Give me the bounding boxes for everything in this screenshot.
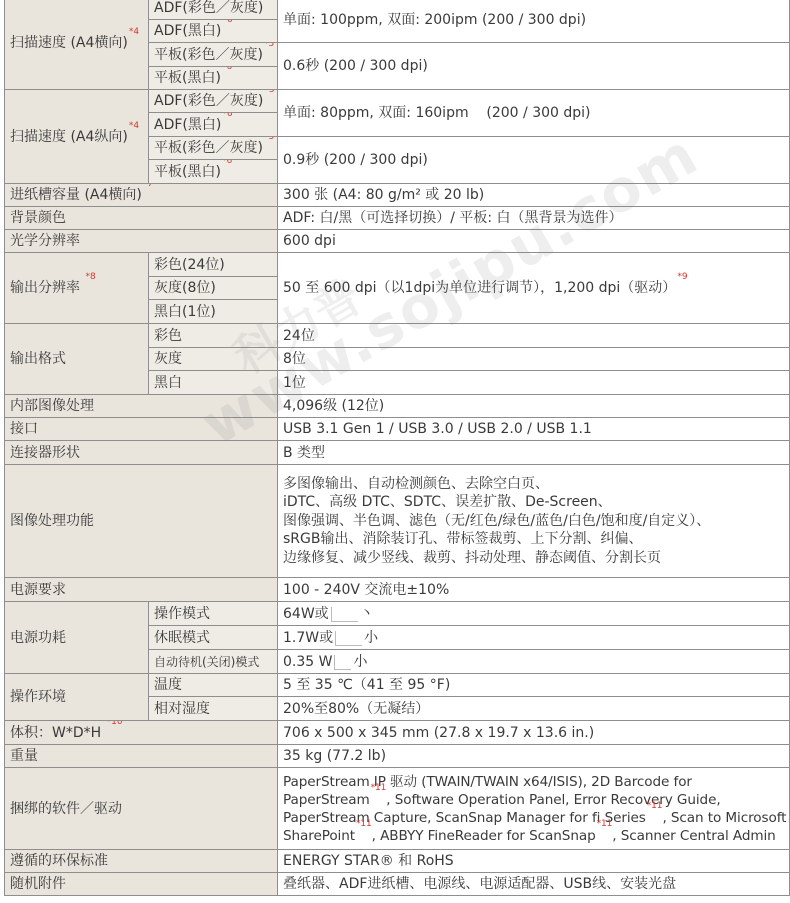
table-row: 扫描速度 (A4横向)*4 ADF(彩色／灰度)*5 单面: 100ppm, 双… (5, 0, 790, 20)
row-label-output-res: 输出分辨率 *8 (5, 253, 149, 324)
sub-label: 平板(彩色／灰度)*5 (149, 137, 278, 160)
sub-label: 温度 (149, 674, 278, 697)
value-cell: 0.9秒 (200 / 300 dpi) (278, 137, 790, 184)
value-cell: 8位 (278, 348, 790, 371)
table-row: 扫描速度 (A4纵向)*4 ADF(彩色／灰度)*5 单面: 80ppm, 双面… (5, 90, 790, 113)
value-cell: 24位 (278, 324, 790, 348)
sub-label: 相对湿度 (149, 697, 278, 721)
row-label-output-format: 输出格式 (5, 324, 149, 395)
row-label-environment: 操作环境 (5, 674, 149, 721)
value-cell: 多图像输出、自动检测颜色、去除空白页、 iDTC、高级 DTC、SDTC、误差扩… (278, 465, 790, 578)
text-line: 边缘修复、减少竖线、裁剪、抖动处理、静态阈值、分割长页 (283, 549, 789, 568)
table-row: 随机附件 叠纸器、ADF进纸槽、电源线、电源适配器、USB线、安装光盘 (5, 873, 790, 896)
value-cell: USB 3.1 Gen 1 / USB 3.0 / USB 2.0 / USB … (278, 418, 790, 441)
value-cell: 0.35 W小 (278, 650, 790, 674)
sub-label: 平板(彩色／灰度)*5 (149, 43, 278, 67)
table-row: 进纸槽容量 (A4横向)*7 300 张 (A4: 80 g/m² 或 20 l… (5, 184, 790, 207)
text-line: iDTC、高级 DTC、SDTC、误差扩散、De-Screen、 (283, 493, 789, 512)
sub-label: 平板(黑白)*6 (149, 67, 278, 90)
table-row: 输出格式 彩色 24位 (5, 324, 790, 348)
row-label-power-req: 电源要求 (5, 578, 278, 602)
row-label-power-consumption: 电源功耗 (5, 602, 149, 674)
sub-label: ADF(黑白)*6 (149, 113, 278, 137)
row-label-eco: 遵循的环保标准 (5, 850, 278, 873)
sub-label: ADF(彩色／灰度)*5 (149, 90, 278, 113)
sub-label: ADF(彩色／灰度)*5 (149, 0, 278, 20)
text-line: 图像强调、半色调、滤色（无/红色/绿色/蓝色/白色/饱和度/自定义）、 (283, 512, 789, 531)
value-cell: 1.7W或小 (278, 626, 790, 650)
table-row: 操作环境 温度 5 至 35 ℃（41 至 95 °F) (5, 674, 790, 697)
value-cell: 单面: 100ppm, 双面: 200ipm (200 / 300 dpi) (278, 0, 790, 43)
sub-label: ADF(黑白)*6 (149, 20, 278, 43)
value-cell: 5 至 35 ℃（41 至 95 °F) (278, 674, 790, 697)
obscured-text (331, 607, 358, 622)
sub-label: 自动待机(关闭)模式 (149, 650, 278, 674)
sub-label: 彩色 (149, 324, 278, 348)
value-cell: 1位 (278, 371, 790, 395)
sub-label: 平板(黑白)*6 (149, 160, 278, 184)
value-cell: 300 张 (A4: 80 g/m² 或 20 lb) (278, 184, 790, 207)
table-row: 图像处理功能 多图像输出、自动检测颜色、去除空白页、 iDTC、高级 DTC、S… (5, 465, 790, 578)
row-label-connector: 连接器形状 (5, 441, 278, 465)
value-cell: 100 - 240V 交流电±10% (278, 578, 790, 602)
table-row: 体积：W*D*H *10 706 x 500 x 345 mm (27.8 x … (5, 721, 790, 745)
value-cell: ENERGY STAR® 和 RoHS (278, 850, 790, 873)
sub-label: 休眠模式 (149, 626, 278, 650)
value-cell: 20%至80%（无凝结） (278, 697, 790, 721)
sub-label: 操作模式 (149, 602, 278, 626)
value-cell: PaperStream IP 驱动 (TWAIN/TWAIN x64/ISIS)… (278, 768, 790, 850)
table-row: 连接器形状 B 类型 (5, 441, 790, 465)
row-label-optical-res: 光学分辨率 (5, 230, 278, 253)
table-row: 内部图像处理 4,096级 (12位) (5, 395, 790, 418)
row-label-background: 背景颜色 (5, 207, 278, 230)
value-cell: 600 dpi (278, 230, 790, 253)
table-row: 遵循的环保标准 ENERGY STAR® 和 RoHS (5, 850, 790, 873)
text-line: 多图像输出、自动检测颜色、去除空白页、 (283, 475, 789, 494)
table-row: 背景颜色 ADF: 白/黑（可选择切换）/ 平板: 白（黑背景为选件） (5, 207, 790, 230)
obscured-text (334, 655, 351, 670)
sub-label: 彩色(24位) (149, 253, 278, 277)
table-row: 接口 USB 3.1 Gen 1 / USB 3.0 / USB 2.0 / U… (5, 418, 790, 441)
table-row: 重量 35 kg (77.2 lb) (5, 745, 790, 768)
row-label-feeder: 进纸槽容量 (A4横向)*7 (5, 184, 278, 207)
row-label-accessories: 随机附件 (5, 873, 278, 896)
value-cell: 706 x 500 x 345 mm (27.8 x 19.7 x 13.6 i… (278, 721, 790, 745)
row-label-scan-speed-landscape: 扫描速度 (A4横向)*4 (5, 0, 149, 90)
table-row: 电源功耗 操作模式 64W或丶 (5, 602, 790, 626)
value-cell: 4,096级 (12位) (278, 395, 790, 418)
sub-label: 灰度(8位) (149, 277, 278, 300)
table-row: 电源要求 100 - 240V 交流电±10% (5, 578, 790, 602)
row-label-dimensions: 体积：W*D*H *10 (5, 721, 278, 745)
value-cell: ADF: 白/黑（可选择切换）/ 平板: 白（黑背景为选件） (278, 207, 790, 230)
table-row: 输出分辨率 *8 彩色(24位) 50 至 600 dpi（以1dpi为单位进行… (5, 253, 790, 277)
table-row: 捆绑的软件／驱动 PaperStream IP 驱动 (TWAIN/TWAIN … (5, 768, 790, 850)
text-line: sRGB输出、消除装订孔、带标签裁剪、上下分割、纠偏、 (283, 530, 789, 549)
row-label-image-processing: 图像处理功能 (5, 465, 278, 578)
row-label-weight: 重量 (5, 745, 278, 768)
value-cell: 叠纸器、ADF进纸槽、电源线、电源适配器、USB线、安装光盘 (278, 873, 790, 896)
value-cell: 50 至 600 dpi（以1dpi为单位进行调节），1,200 dpi（驱动）… (278, 253, 790, 324)
obscured-text (335, 631, 362, 646)
value-cell: 单面: 80ppm, 双面: 160ipm (200 / 300 dpi) (278, 90, 790, 137)
row-label-internal: 内部图像处理 (5, 395, 278, 418)
value-cell: 0.6秒 (200 / 300 dpi) (278, 43, 790, 90)
sub-label: 黑白(1位) (149, 300, 278, 324)
spec-table: 扫描速度 (A4横向)*4 ADF(彩色／灰度)*5 单面: 100ppm, 双… (4, 0, 790, 896)
value-cell: 35 kg (77.2 lb) (278, 745, 790, 768)
row-label-interface: 接口 (5, 418, 278, 441)
table-row: 光学分辨率 600 dpi (5, 230, 790, 253)
sub-label: 黑白 (149, 371, 278, 395)
sub-label: 灰度 (149, 348, 278, 371)
value-cell: B 类型 (278, 441, 790, 465)
row-label-scan-speed-portrait: 扫描速度 (A4纵向)*4 (5, 90, 149, 184)
row-label-software: 捆绑的软件／驱动 (5, 768, 278, 850)
value-cell: 64W或丶 (278, 602, 790, 626)
